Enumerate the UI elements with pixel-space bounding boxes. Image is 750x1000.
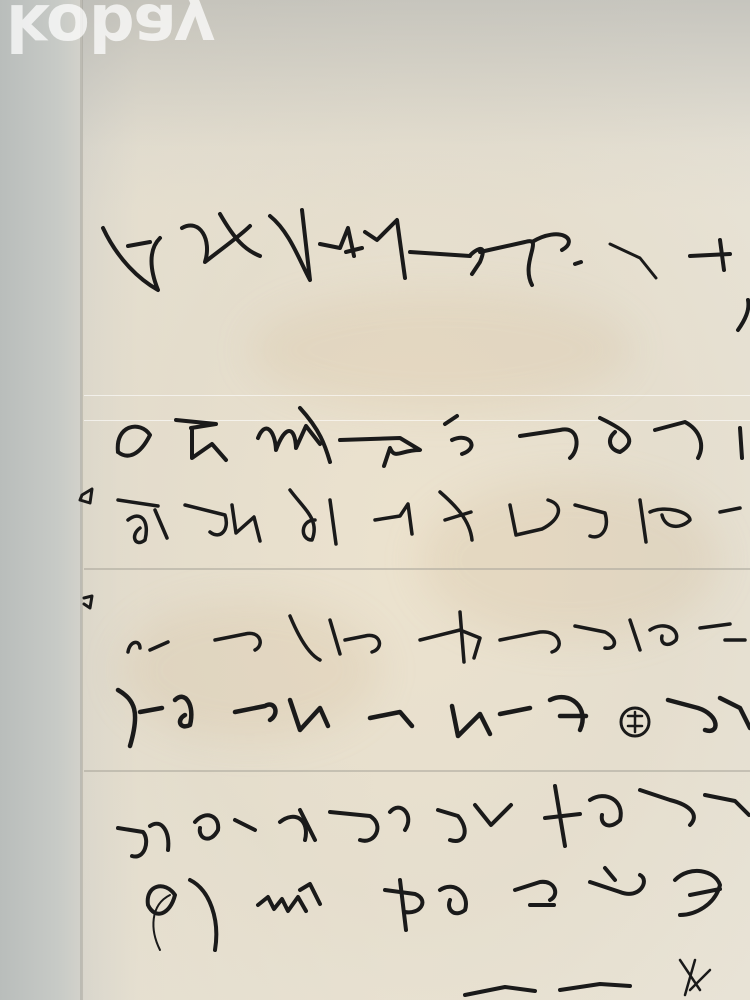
document-photo: kobay xyxy=(0,0,750,1000)
script-row-6 xyxy=(118,786,749,857)
script-row-5 xyxy=(118,690,750,746)
script-row-8 xyxy=(465,960,710,995)
calligraphy-ink xyxy=(0,0,750,1000)
script-row-1 xyxy=(103,210,748,330)
binding-mark xyxy=(80,489,92,503)
script-row-3 xyxy=(118,490,740,544)
script-row-7 xyxy=(148,868,720,950)
script-row-4 xyxy=(128,612,745,662)
script-row-2 xyxy=(118,408,742,466)
binding-mark xyxy=(84,596,92,608)
